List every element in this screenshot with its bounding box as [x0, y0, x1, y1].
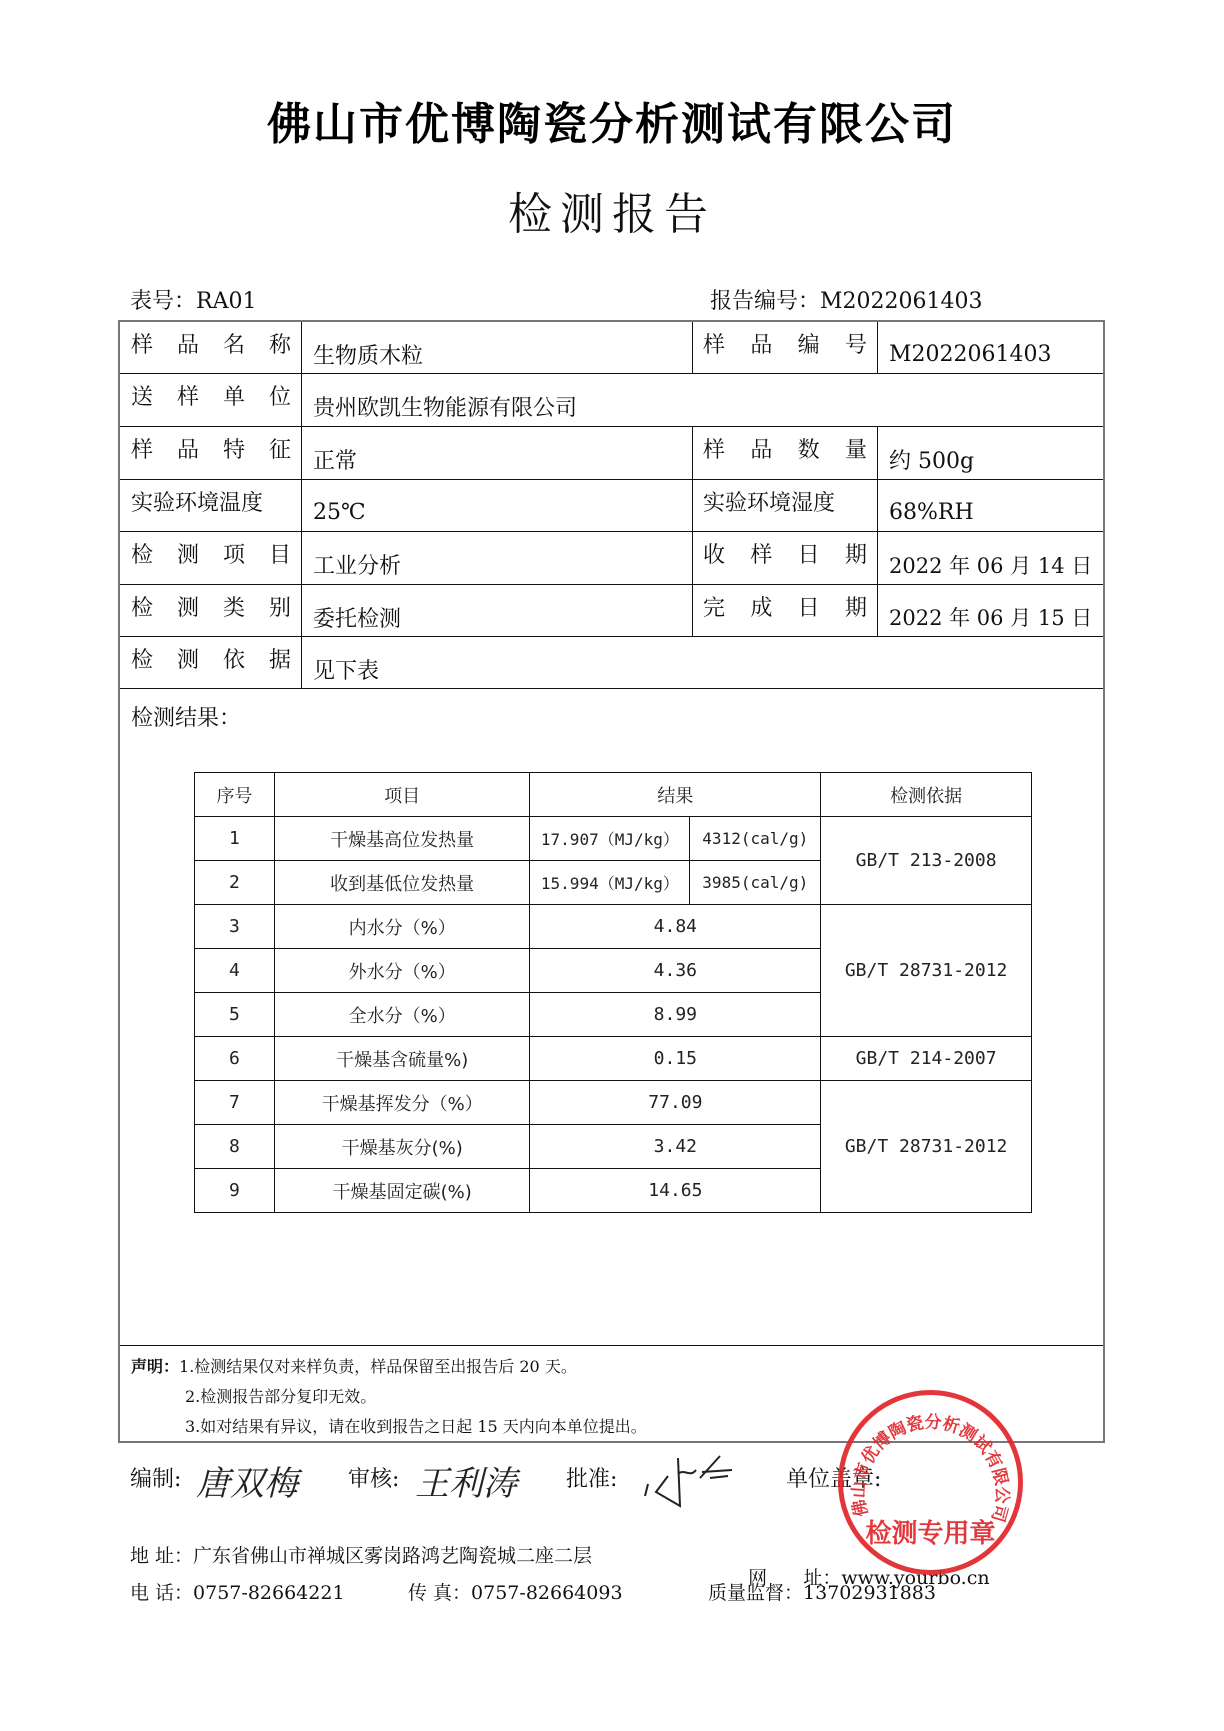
received-date-value: 2022 年 06 月 14 日	[877, 531, 1105, 584]
sample-name-label: 样品名称	[120, 322, 301, 373]
label-char: 位	[269, 380, 291, 411]
test-category-value: 委托检测	[301, 584, 692, 636]
label-char: 称	[269, 328, 291, 359]
label-char: 品	[750, 433, 772, 464]
feature-label: 样品特征	[120, 426, 301, 479]
seal-center-text: 检测专用章	[843, 1513, 1018, 1550]
sample-no-label: 样品编号	[692, 322, 877, 373]
feature-value: 正常	[301, 426, 692, 479]
row-no: 4	[195, 949, 275, 993]
quality-label: 质量监督：	[708, 1582, 803, 1604]
row-value: 0.15	[530, 1037, 821, 1081]
prepared-by-signature: 唐双梅	[196, 1456, 298, 1505]
label-char: 完	[703, 591, 725, 622]
completed-date-label: 完成日期	[692, 584, 877, 636]
row-value: 4.36	[530, 949, 821, 993]
table-row: 7 干燥基挥发分（%） 77.09 GB/T 28731-2012	[195, 1081, 1032, 1125]
label-char: 数	[798, 433, 820, 464]
row-item: 内水分（%）	[274, 905, 530, 949]
row-item: 全水分（%）	[274, 993, 530, 1037]
row-item: 干燥基高位发热量	[274, 817, 530, 861]
label-char: 据	[269, 643, 291, 674]
fax-label: 传 真：	[408, 1582, 471, 1604]
label-char: 特	[223, 433, 245, 464]
signature-scribble-icon	[640, 1448, 760, 1508]
label-char: 检	[131, 643, 153, 674]
row-value-mj: 15.994（MJ/kg）	[530, 861, 690, 905]
received-date-label: 收样日期	[692, 531, 877, 584]
test-basis-value: 见下表	[301, 636, 1101, 688]
temp-value: 25℃	[301, 479, 692, 531]
row-item: 干燥基灰分(%)	[274, 1125, 530, 1169]
label-char: 依	[223, 643, 245, 674]
report-number: 报告编号：M2022061403	[710, 284, 983, 315]
label-char: 单	[223, 380, 245, 411]
header-no: 序号	[195, 773, 275, 817]
svg-text:佛山市优博陶瓷分析测试有限公司: 佛山市优博陶瓷分析测试有限公司	[848, 1412, 1011, 1525]
row-item: 外水分（%）	[274, 949, 530, 993]
label-char: 收	[703, 538, 725, 569]
row-no: 2	[195, 861, 275, 905]
row-no: 6	[195, 1037, 275, 1081]
quantity-value: 约 500g	[877, 426, 1105, 479]
approved-by-signature	[640, 1448, 760, 1508]
report-title: 检测报告	[0, 178, 1224, 242]
row-value: 3.42	[530, 1125, 821, 1169]
table-row: 6 干燥基含硫量%) 0.15 GB/T 214-2007	[195, 1037, 1032, 1081]
form-number-label: 表号：	[130, 289, 196, 314]
seal-ring-text: 佛山市优博陶瓷分析测试有限公司	[848, 1412, 1011, 1525]
row-standard: GB/T 214-2007	[821, 1037, 1032, 1081]
label-char: 样	[131, 433, 153, 464]
report-info-table: 样品名称 生物质木粒 样品编号 M2022061403 送样单位 贵州欧凯生物能…	[118, 320, 1105, 1443]
row-value-mj: 17.907（MJ/kg）	[530, 817, 690, 861]
label-char: 项	[223, 538, 245, 569]
table-row: 1 干燥基高位发热量 17.907（MJ/kg） 4312(cal/g) GB/…	[195, 817, 1032, 861]
row-no: 7	[195, 1081, 275, 1125]
humidity-label: 实验环境湿度	[703, 479, 877, 531]
test-item-value: 工业分析	[301, 531, 692, 584]
label-char: 送	[131, 380, 153, 411]
label-char: 成	[750, 591, 772, 622]
fax: 传 真：0757-82664093	[408, 1578, 623, 1605]
results-header-row: 序号 项目 结果 检测依据	[195, 773, 1032, 817]
row-item: 干燥基含硫量%)	[274, 1037, 530, 1081]
label-char: 类	[223, 591, 245, 622]
label-char: 号	[845, 328, 867, 359]
test-category-label: 检测类别	[120, 584, 301, 636]
sample-no-value: M2022061403	[877, 322, 1105, 373]
phone-value: 0757-82664221	[193, 1582, 344, 1604]
label-char: 样	[131, 328, 153, 359]
label-char: 检	[131, 538, 153, 569]
results-label: 检测结果：	[131, 696, 241, 736]
prepared-by-label: 编制:	[130, 1462, 181, 1493]
address-label: 地 址：	[130, 1545, 193, 1567]
company-name: 佛山市优博陶瓷分析测试有限公司	[0, 88, 1224, 152]
test-item-label: 检测项目	[120, 531, 301, 584]
quality-value: 13702931883	[803, 1582, 936, 1604]
submitter-label: 送样单位	[120, 373, 301, 426]
header-item: 项目	[274, 773, 530, 817]
address: 地 址：广东省佛山市禅城区雾岗路鸿艺陶瓷城二座二层	[130, 1541, 592, 1568]
label-char: 样	[750, 538, 772, 569]
quantity-label: 样品数量	[692, 426, 877, 479]
row-standard: GB/T 213-2008	[821, 817, 1032, 905]
address-value: 广东省佛山市禅城区雾岗路鸿艺陶瓷城二座二层	[193, 1545, 592, 1567]
statement-label: 声明：	[131, 1357, 179, 1376]
label-char: 样	[703, 433, 725, 464]
temp-label: 实验环境温度	[131, 479, 301, 531]
completed-date-value: 2022 年 06 月 15 日	[877, 584, 1105, 636]
report-number-value: M2022061403	[820, 289, 983, 314]
statement-line-2: 2.检测报告部分复印无效。	[185, 1384, 376, 1407]
label-char: 品	[177, 433, 199, 464]
label-char: 测	[177, 538, 199, 569]
row-no: 3	[195, 905, 275, 949]
form-number-value: RA01	[196, 289, 256, 314]
label-char: 日	[798, 591, 820, 622]
report-number-label: 报告编号：	[710, 289, 820, 314]
header-result: 结果	[530, 773, 821, 817]
label-char: 别	[269, 591, 291, 622]
label-char: 征	[269, 433, 291, 464]
label-char: 名	[223, 328, 245, 359]
approved-by-label: 批准:	[566, 1462, 617, 1493]
row-standard: GB/T 28731-2012	[821, 905, 1032, 1037]
reviewed-by-signature: 王利涛	[415, 1456, 517, 1505]
row-value: 4.84	[530, 905, 821, 949]
sample-name-value: 生物质木粒	[301, 322, 692, 373]
row-value-cal: 4312(cal/g)	[690, 817, 821, 861]
row-item: 收到基低位发热量	[274, 861, 530, 905]
label-char: 测	[177, 591, 199, 622]
row-item: 干燥基挥发分（%）	[274, 1081, 530, 1125]
label-char: 期	[845, 591, 867, 622]
official-seal: 佛山市优博陶瓷分析测试有限公司 检测专用章	[838, 1390, 1023, 1575]
label-char: 日	[798, 538, 820, 569]
row-value: 77.09	[530, 1081, 821, 1125]
label-char: 量	[845, 433, 867, 464]
fax-value: 0757-82664093	[471, 1582, 622, 1604]
row-value: 8.99	[530, 993, 821, 1037]
statement-text: 1.检测结果仅对来样负责，样品保留至出报告后 20 天。	[179, 1357, 577, 1376]
row-no: 9	[195, 1169, 275, 1213]
row-value-cal: 3985(cal/g)	[690, 861, 821, 905]
label-char: 目	[269, 538, 291, 569]
label-char: 编	[798, 328, 820, 359]
label-char: 样	[177, 380, 199, 411]
statement-line-3: 3.如对结果有异议，请在收到报告之日起 15 天内向本单位提出。	[185, 1414, 647, 1437]
form-number: 表号：RA01	[130, 284, 256, 315]
phone: 电 话：0757-82664221	[130, 1578, 345, 1605]
reviewed-by-label: 审核:	[348, 1462, 399, 1493]
header-standard: 检测依据	[821, 773, 1032, 817]
row-value: 14.65	[530, 1169, 821, 1213]
statement-line-1: 声明：1.检测结果仅对来样负责，样品保留至出报告后 20 天。	[131, 1354, 577, 1377]
test-basis-label: 检测依据	[120, 636, 301, 688]
row-no: 5	[195, 993, 275, 1037]
row-item: 干燥基固定碳(%)	[274, 1169, 530, 1213]
label-char: 品	[750, 328, 772, 359]
table-row: 3 内水分（%） 4.84 GB/T 28731-2012	[195, 905, 1032, 949]
quality-hotline: 质量监督：13702931883	[708, 1578, 936, 1605]
row-no: 8	[195, 1125, 275, 1169]
phone-label: 电 话：	[130, 1582, 193, 1604]
label-char: 品	[177, 328, 199, 359]
row-standard: GB/T 28731-2012	[821, 1081, 1032, 1213]
label-char: 测	[177, 643, 199, 674]
row-no: 1	[195, 817, 275, 861]
results-table: 序号 项目 结果 检测依据 1 干燥基高位发热量 17.907（MJ/kg） 4…	[194, 772, 1032, 1213]
label-char: 检	[131, 591, 153, 622]
label-char: 期	[845, 538, 867, 569]
label-char: 样	[703, 328, 725, 359]
submitter-value: 贵州欧凯生物能源有限公司	[301, 373, 1101, 426]
humidity-value: 68%RH	[877, 479, 1105, 531]
